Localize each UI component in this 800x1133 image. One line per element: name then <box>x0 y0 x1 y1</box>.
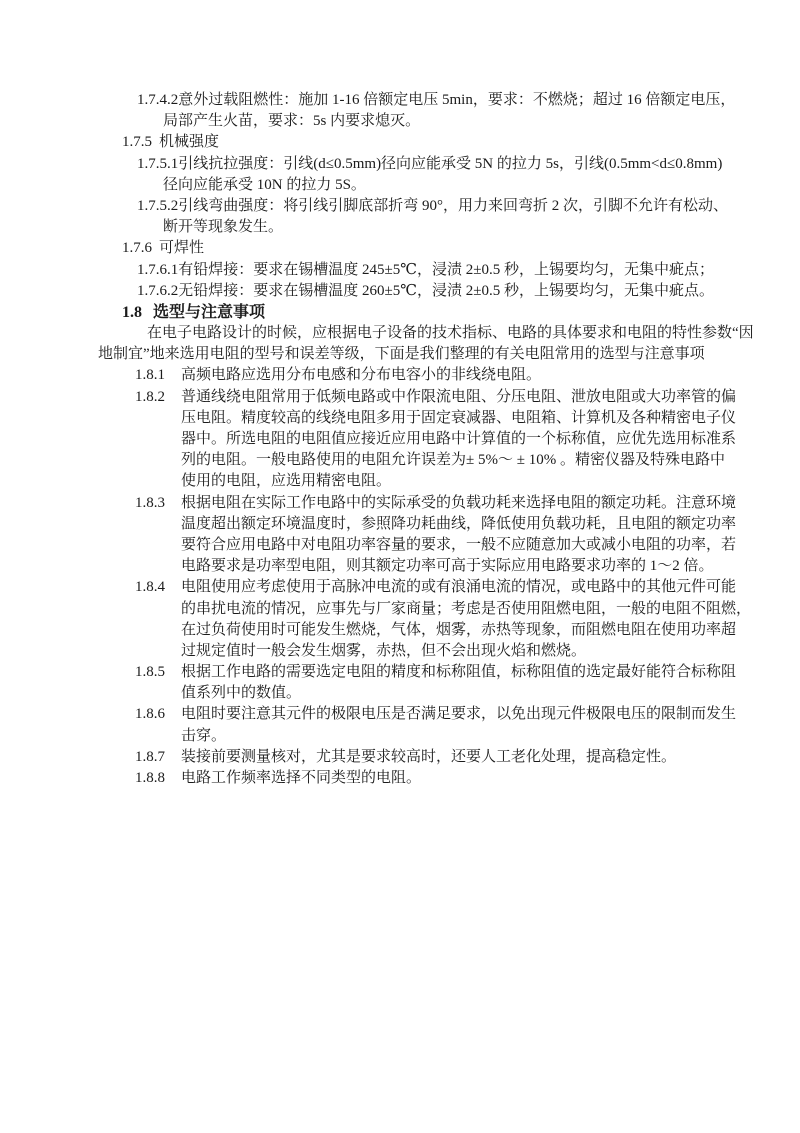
section-heading-1.8: 1.8选型与注意事项 <box>0 302 800 323</box>
list-item-number: 1.8.6 <box>135 704 181 725</box>
doc-line-continuation: 局部产生火苗，要求：5s 内要求熄灭。 <box>0 111 800 132</box>
paragraph-line: 地制宜”地来选用电阻的型号和误差等级，下面是我们整理的有关电阻常用的选型与注意事… <box>0 344 800 365</box>
document-page: 1.7.4.2意外过载阻燃性：施加 1-16 倍额定电压 5min，要求：不燃烧… <box>0 0 800 1133</box>
list-item-continuation: 器中。所选电阻的电阻值应接近应用电路中计算值的一个标称值，应优先选用标准系 <box>0 429 800 450</box>
list-item-number: 1.8.7 <box>135 747 181 768</box>
section-title: 可焊性 <box>159 240 204 256</box>
doc-line-1.7.5.2: 1.7.5.2引线弯曲强度：将引线引脚底部折弯 90°，用力来回弯折 2 次，引… <box>0 196 800 217</box>
list-item-number: 1.8.4 <box>135 577 181 598</box>
list-item-text: 电路工作频率选择不同类型的电阻。 <box>181 770 421 786</box>
doc-line-1.7.5.1: 1.7.5.1引线抗拉强度：引线(d≤0.5mm)径向应能承受 5N 的拉力 5… <box>0 154 800 175</box>
list-item-text: 电阻时要注意其元件的极限电压是否满足要求，以免出现元件极限电压的限制而发生 <box>181 706 736 722</box>
list-item-continuation: 击穿。 <box>0 726 800 747</box>
list-item-1.8.4: 1.8.4电阻使用应考虑使用于高脉冲电流的或有浪涌电流的情况，或电路中的其他元件… <box>0 577 800 598</box>
list-item-continuation: 使用的电阻，应选用精密电阻。 <box>0 471 800 492</box>
list-item-text: 普通线绕电阻常用于低频电路或中作限流电阻、分压电阻、泄放电阻或大功率管的偏 <box>181 389 736 405</box>
list-item-text: 根据工作电路的需要选定电阻的精度和标称阻值，标称阻值的选定最好能符合标称阻 <box>181 664 736 680</box>
list-item-continuation: 在过负荷使用时可能发生燃烧，气体，烟雾，赤热等现象，而阻燃电阻在使用功率超 <box>0 620 800 641</box>
list-item-continuation: 值系列中的数值。 <box>0 683 800 704</box>
list-item-number: 1.8.2 <box>135 387 181 408</box>
paragraph-line: 在电子电路设计的时候，应根据电子设备的技术指标、电路的具体要求和电阻的特性参数“… <box>0 323 800 344</box>
doc-line-continuation: 断开等现象发生。 <box>0 217 800 238</box>
section-heading-1.7.5: 1.7.5机械强度 <box>0 132 800 153</box>
list-item-text: 装接前要测量核对，尤其是要求较高时，还要人工老化处理，提高稳定性。 <box>181 749 676 765</box>
doc-line-continuation: 径向应能承受 10N 的拉力 5S。 <box>0 175 800 196</box>
list-item-number: 1.8.1 <box>135 365 181 386</box>
list-item-1.8.1: 1.8.1高频电路应选用分布电感和分布电容小的非线绕电阻。 <box>0 365 800 386</box>
list-item-number: 1.8.8 <box>135 768 181 789</box>
list-item-number: 1.8.5 <box>135 662 181 683</box>
list-item-1.8.7: 1.8.7装接前要测量核对，尤其是要求较高时，还要人工老化处理，提高稳定性。 <box>0 747 800 768</box>
list-item-number: 1.8.3 <box>135 493 181 514</box>
doc-line-1.7.6.1: 1.7.6.1有铅焊接：要求在锡槽温度 245±5℃，浸渍 2±0.5 秒，上锡… <box>0 260 800 281</box>
section-number: 1.8 <box>122 302 153 323</box>
list-item-continuation: 的串扰电流的情况，应事先与厂家商量；考虑是否使用阻燃电阻，一般的电阻不阻燃， <box>0 599 800 620</box>
list-item-1.8.8: 1.8.8电路工作频率选择不同类型的电阻。 <box>0 768 800 789</box>
list-item-continuation: 温度超出额定环境温度时，参照降功耗曲线，降低使用负载功耗，且电阻的额定功率 <box>0 514 800 535</box>
list-item-1.8.5: 1.8.5根据工作电路的需要选定电阻的精度和标称阻值，标称阻值的选定最好能符合标… <box>0 662 800 683</box>
list-item-continuation: 压电阻。精度较高的线绕电阻多用于固定衰减器、电阻箱、计算机及各种精密电子仪 <box>0 408 800 429</box>
document-body: 1.7.4.2意外过载阻燃性：施加 1-16 倍额定电压 5min，要求：不燃烧… <box>0 90 800 789</box>
list-item-1.8.6: 1.8.6电阻时要注意其元件的极限电压是否满足要求，以免出现元件极限电压的限制而… <box>0 704 800 725</box>
section-title: 选型与注意事项 <box>153 304 265 321</box>
section-heading-1.7.6: 1.7.6可焊性 <box>0 238 800 259</box>
list-item-continuation: 要符合应用电路中对电阻功率容量的要求，一般不应随意加大或减小电阻的功率，若 <box>0 535 800 556</box>
section-number: 1.7.5 <box>122 132 159 153</box>
list-item-1.8.2: 1.8.2普通线绕电阻常用于低频电路或中作限流电阻、分压电阻、泄放电阻或大功率管… <box>0 387 800 408</box>
list-item-text: 高频电路应选用分布电感和分布电容小的非线绕电阻。 <box>181 367 541 383</box>
doc-line-1.7.6.2: 1.7.6.2无铅焊接：要求在锡槽温度 260±5℃，浸渍 2±0.5 秒，上锡… <box>0 281 800 302</box>
list-item-text: 根据电阻在实际工作电路中的实际承受的负载功耗来选择电阻的额定功耗。注意环境 <box>181 495 736 511</box>
list-item-text: 电阻使用应考虑使用于高脉冲电流的或有浪涌电流的情况，或电路中的其他元件可能 <box>181 579 736 595</box>
list-item-1.8.3: 1.8.3根据电阻在实际工作电路中的实际承受的负载功耗来选择电阻的额定功耗。注意… <box>0 493 800 514</box>
list-item-continuation: 列的电阻。一般电路使用的电阻允许误差为± 5%～ ± 10% 。精密仪器及特殊电… <box>0 450 800 471</box>
section-title: 机械强度 <box>159 134 219 150</box>
doc-line-1.7.4.2: 1.7.4.2意外过载阻燃性：施加 1-16 倍额定电压 5min，要求：不燃烧… <box>0 90 800 111</box>
section-number: 1.7.6 <box>122 238 159 259</box>
list-item-continuation: 电路要求是功率型电阻，则其额定功率可高于实际应用电路要求功率的 1～2 倍。 <box>0 556 800 577</box>
list-item-continuation: 过规定值时一般会发生烟雾，赤热，但不会出现火焰和燃烧。 <box>0 641 800 662</box>
